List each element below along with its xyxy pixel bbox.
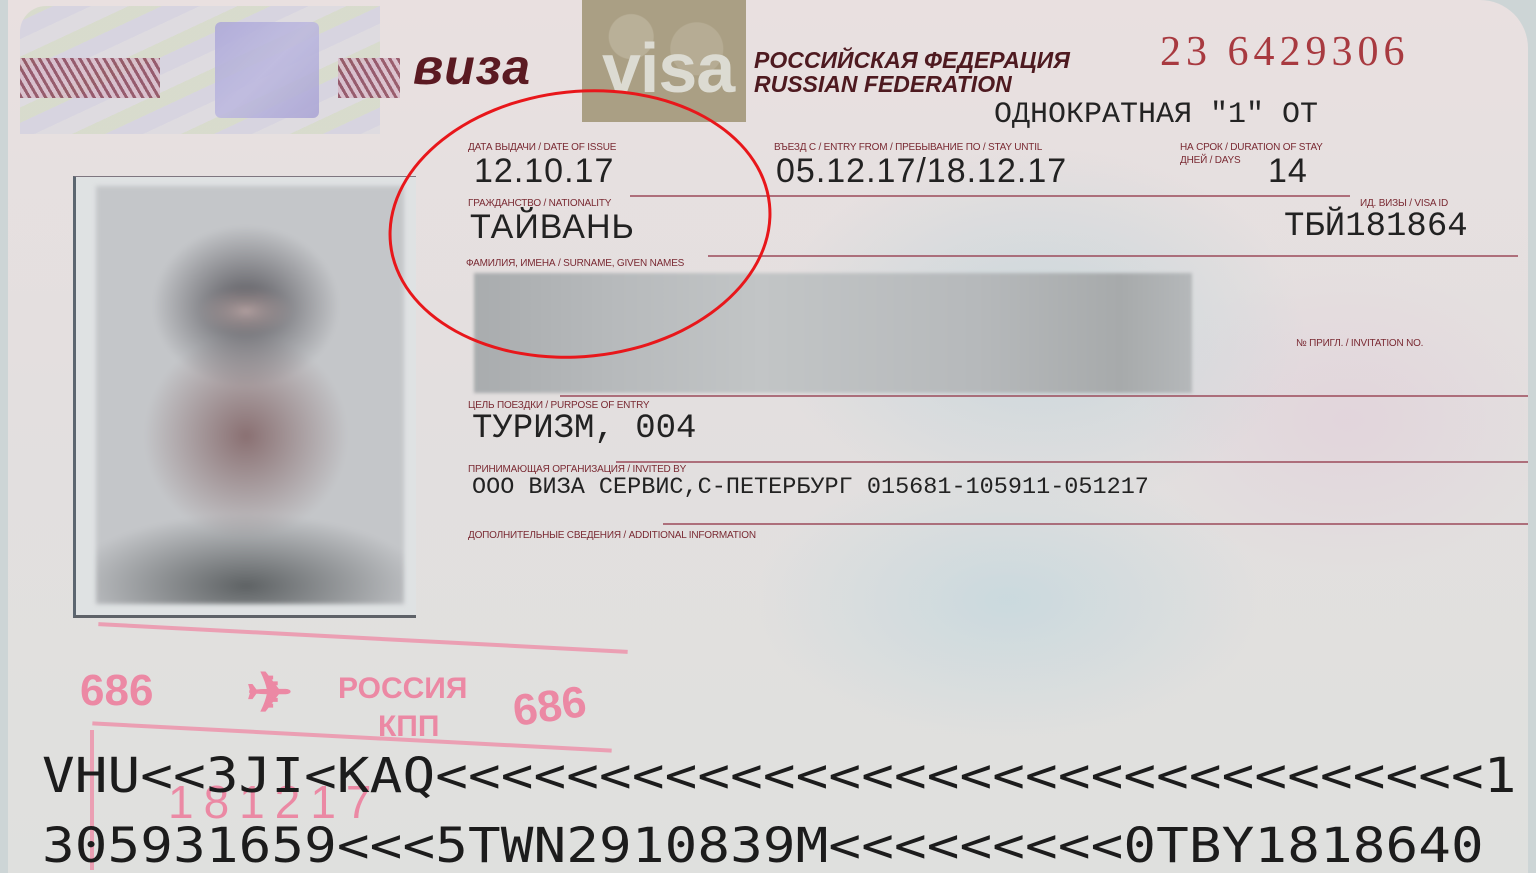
visa-title-ru: виза (413, 38, 531, 96)
serial-number: 23 6429306 (1160, 28, 1410, 76)
visa-page: виза visa РОССИЙСКАЯ ФЕДЕРАЦИЯ RUSSIAN F… (8, 0, 1528, 873)
divider (616, 461, 1528, 463)
stamp-border-top (98, 622, 627, 654)
divider (708, 255, 1518, 257)
mrz-line-2: 305931659<<<5TWN2910839M<<<<<<<<<0TBY181… (42, 818, 1484, 873)
hologram-band-right (338, 58, 400, 98)
mrz-line-1: VHU<<3JI<KAQ<<<<<<<<<<<<<<<<<<<<<<<<<<<<… (42, 748, 1517, 804)
stamp-right-code: 686 (510, 677, 590, 737)
divider (560, 395, 1528, 397)
hologram-emblem-icon (215, 22, 319, 118)
visa-id-value: ТБЙ181864 (1284, 208, 1468, 246)
entry-stay-value: 05.12.17/18.12.17 (776, 152, 1067, 191)
airplane-icon: ✈ (246, 660, 293, 726)
hologram-band-left (20, 58, 160, 98)
holder-photo-redacted (96, 186, 404, 604)
divider (663, 523, 1528, 525)
country-name-en: RUSSIAN FEDERATION (754, 72, 1070, 96)
stamp-left-code: 686 (80, 666, 153, 716)
additional-info-label: ДОПОЛНИТЕЛЬНЫЕ СВЕДЕНИЯ / ADDITIONAL INF… (468, 530, 756, 541)
entries-count: ОДНОКРАТНАЯ "1" ОТ (994, 98, 1318, 132)
invited-by-value: ООО ВИЗА СЕРВИС,С-ПЕТЕРБУРГ 015681-10591… (472, 474, 1149, 501)
country-name-ru: РОССИЙСКАЯ ФЕДЕРАЦИЯ (754, 48, 1070, 72)
issuing-country: РОССИЙСКАЯ ФЕДЕРАЦИЯ RUSSIAN FEDERATION (754, 48, 1070, 96)
hologram-strip (20, 6, 380, 134)
invitation-no-label: № ПРИГЛ. / INVITATION No. (1296, 338, 1423, 349)
duration-value: 14 (1268, 152, 1308, 191)
purpose-value: ТУРИЗМ, 004 (472, 410, 696, 448)
stamp-country: РОССИЯ (338, 672, 467, 706)
duration-days-label: ДНЕЙ / DAYS (1180, 155, 1240, 166)
